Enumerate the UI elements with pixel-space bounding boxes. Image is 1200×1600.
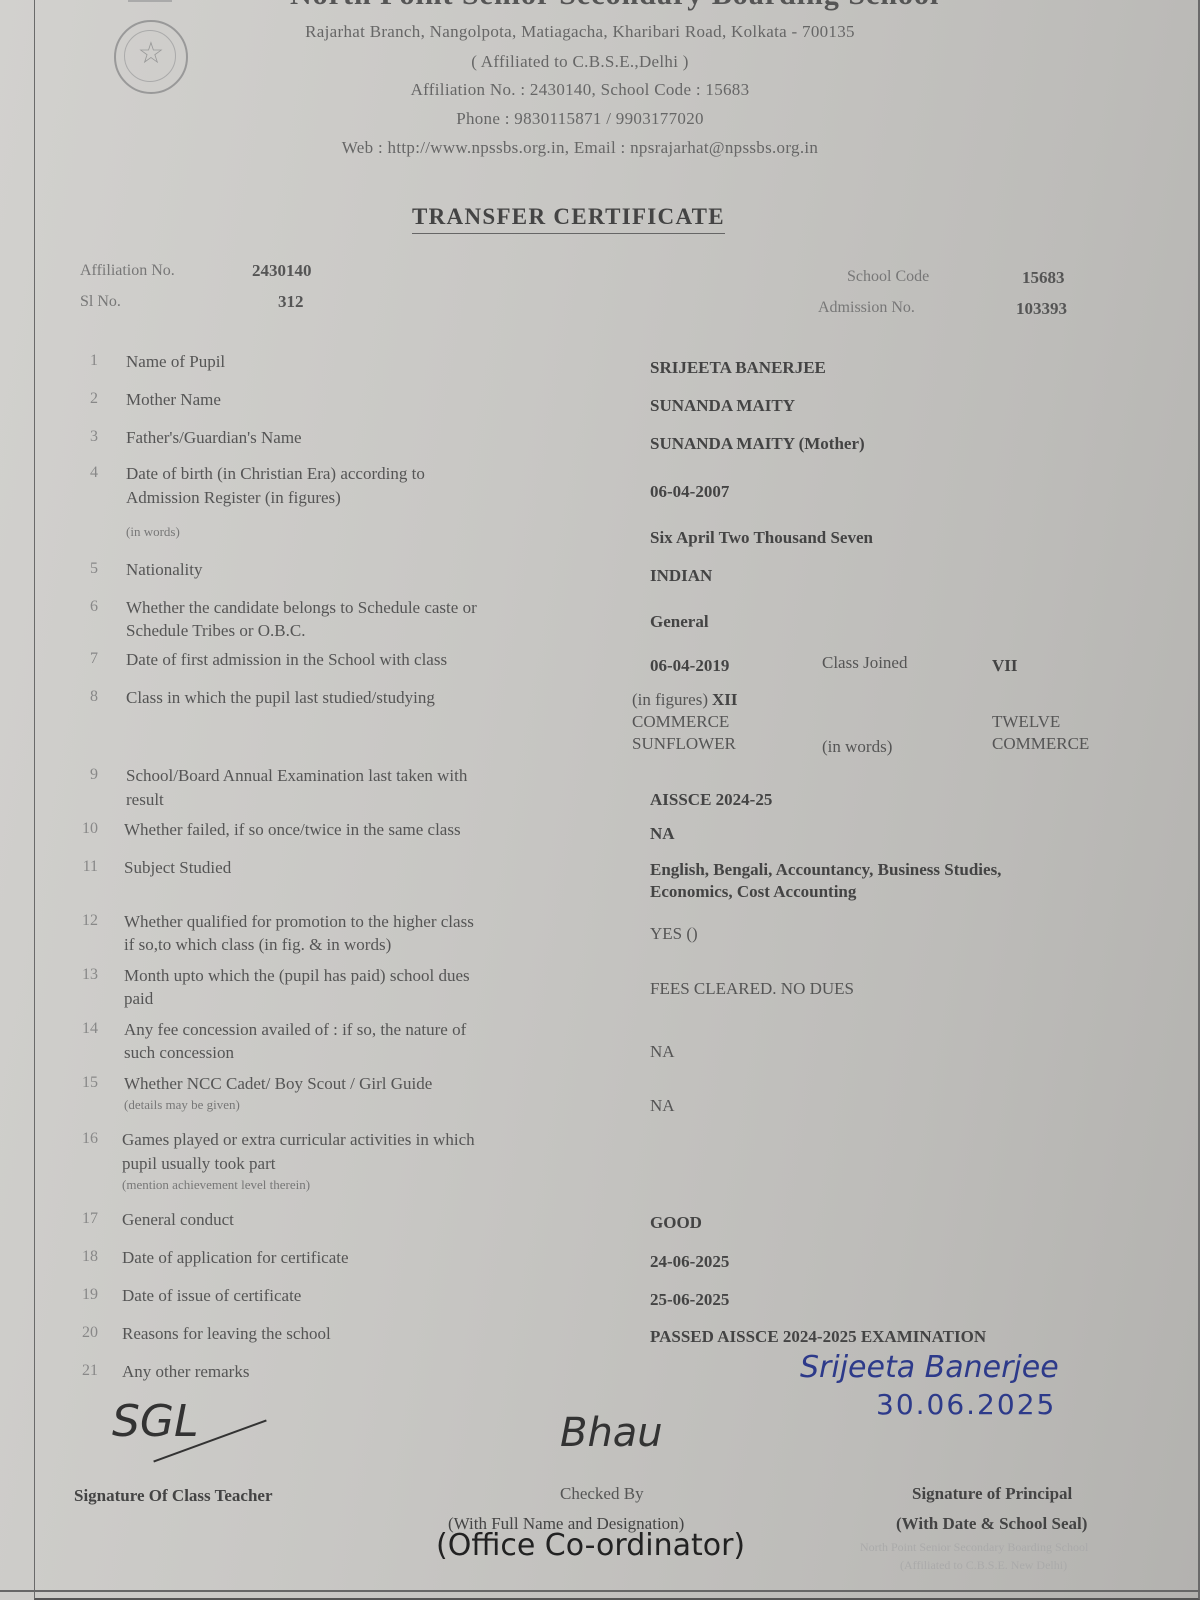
first-admission-date-value: 06-04-2019 [650,654,729,677]
principal-signature-sub-label: (With Date & School Seal) [896,1514,1087,1534]
failed-value: NA [650,822,675,845]
affiliation-line: ( Affiliated to C.B.S.E.,Delhi ) [0,52,1160,72]
admission-no-label: Admission No. [818,299,915,317]
subjects-value: English, Bengali, Accountancy, Business … [650,858,1001,881]
class-words-value-1: TWELVE [992,710,1060,733]
class-figures-value: XII [712,690,738,709]
leaving-reason-value: PASSED AISSCE 2024-2025 EXAMINATION [650,1325,986,1348]
item-label-cont: if so,to which class (in fig. & in words… [124,933,391,957]
guardian-name-value: SUNANDA MAITY (Mother) [650,432,865,455]
checker-designation-handwritten: (Office Co-ordinator) [436,1528,745,1563]
item-number: 5 [68,560,98,578]
school-address: Rajarhat Branch, Nangolpota, Matiagacha,… [0,22,1160,42]
item-number: 21 [68,1362,98,1380]
pupil-name-value: SRIJEETA BANERJEE [650,356,826,379]
dob-words-label: (in words) [126,524,180,540]
item-label: Father's/Guardian's Name [126,426,302,450]
school-code-label: School Code [847,268,929,286]
item-label: Nationality [126,558,202,582]
dues-value: FEES CLEARED. NO DUES [650,977,854,1000]
sl-no-value: 312 [278,292,304,312]
item-label-note: (mention achievement level therein) [122,1177,310,1193]
item-number: 2 [68,390,98,408]
school-seal-line-2: (Affiliated to C.B.S.E. New Delhi) [900,1558,1067,1573]
item-number: 7 [68,650,98,668]
item-label: Whether NCC Cadet/ Boy Scout / Girl Guid… [124,1072,432,1096]
class-joined-value: VII [992,654,1018,677]
item-label: Subject Studied [124,856,231,880]
item-label: Games played or extra curricular activit… [122,1128,475,1152]
class-joined-label: Class Joined [822,651,907,675]
ncc-value: NA [650,1094,675,1117]
item-label: Date of birth (in Christian Era) accordi… [126,462,425,486]
class-teacher-signature-label: Signature Of Class Teacher [74,1486,273,1506]
item-number: 16 [68,1130,98,1148]
item-label: General conduct [122,1208,234,1232]
item-label-cont: paid [124,987,153,1011]
item-number: 20 [68,1324,98,1342]
issue-date-value: 25-06-2025 [650,1288,729,1311]
class-section-value: SUNFLOWER [632,732,736,755]
item-label: Date of issue of certificate [122,1284,301,1308]
item-number: 11 [68,858,98,876]
crest-top-mark [128,0,172,10]
item-number: 19 [68,1286,98,1304]
dob-words-value: Six April Two Thousand Seven [650,526,873,549]
class-teacher-signature: SGL [112,1396,199,1447]
class-stream-value: COMMERCE [632,710,729,733]
conduct-value: GOOD [650,1211,702,1234]
item-number: 18 [68,1248,98,1266]
item-number: 10 [68,820,98,838]
web-email-line: Web : http://www.npssbs.org.in, Email : … [0,138,1160,158]
item-label: School/Board Annual Examination last tak… [126,764,467,788]
class-words-label: (in words) [822,735,892,759]
subjects-value-cont: Economics, Cost Accounting [650,880,856,903]
item-number: 15 [68,1074,98,1092]
item-label: Name of Pupil [126,350,225,374]
receiver-handwritten-name: Srijeeta Banerjee [800,1350,1059,1385]
school-name: North Point Senior Secondary Boarding Sc… [290,0,939,12]
checker-signature: Bhau [560,1410,663,1456]
item-label-cont: result [126,788,164,812]
item-number: 6 [68,598,98,616]
item-label: Month upto which the (pupil has paid) sc… [124,964,470,988]
affiliation-code-line: Affiliation No. : 2430140, School Code :… [0,80,1160,100]
item-label-cont: pupil usually took part [122,1152,275,1176]
checked-by-label: Checked By [560,1484,644,1504]
item-label: Whether failed, if so once/twice in the … [124,818,461,842]
item-label: Reasons for leaving the school [122,1322,331,1346]
affiliation-no-value: 2430140 [252,261,312,281]
item-label-cont: such concession [124,1041,234,1065]
item-label: Date of first admission in the School wi… [126,648,447,672]
admission-no-value: 103393 [1016,299,1067,319]
receiver-handwritten-date: 30.06.2025 [876,1388,1056,1421]
promotion-value: YES () [650,922,698,945]
dob-figures-value: 06-04-2007 [650,480,729,503]
concession-value: NA [650,1040,675,1063]
item-label-cont: Schedule Tribes or O.B.C. [126,619,305,643]
school-code-value: 15683 [1022,268,1065,288]
item-label-cont: (details may be given) [124,1097,240,1113]
item-number: 8 [68,688,98,706]
class-words-value-2: COMMERCE [992,732,1089,755]
exam-value: AISSCE 2024-25 [650,788,772,811]
item-label-cont: Admission Register (in figures) [126,486,341,510]
item-number: 17 [68,1210,98,1228]
item-number: 13 [68,966,98,984]
item-label: Class in which the pupil last studied/st… [126,686,435,710]
affiliation-no-label: Affiliation No. [80,262,175,280]
nationality-value: INDIAN [650,564,712,587]
phone-line: Phone : 9830115871 / 9903177020 [0,109,1160,129]
item-label: Whether qualified for promotion to the h… [124,910,474,934]
sl-no-label: Sl No. [80,293,121,311]
application-date-value: 24-06-2025 [650,1250,729,1273]
document-title: TRANSFER CERTIFICATE [412,204,725,234]
item-label: Mother Name [126,388,221,412]
principal-signature-label: Signature of Principal [912,1484,1072,1504]
item-number: 3 [68,428,98,446]
item-number: 12 [68,912,98,930]
item-label: Date of application for certificate [122,1246,349,1270]
item-label: Any fee concession availed of : if so, t… [124,1018,466,1042]
bottom-rule [0,1590,1200,1592]
item-label: Any other remarks [122,1360,249,1384]
item-number: 14 [68,1020,98,1038]
class-figures-label: (in figures) [632,690,708,709]
item-number: 4 [68,464,98,482]
school-seal-line-1: North Point Senior Secondary Boarding Sc… [860,1540,1088,1555]
item-label: Whether the candidate belongs to Schedul… [126,596,477,620]
item-number: 1 [68,352,98,370]
item-number: 9 [68,766,98,784]
class-figures-group: (in figures) XII [632,688,738,712]
category-value: General [650,610,709,633]
mother-name-value: SUNANDA MAITY [650,394,795,417]
